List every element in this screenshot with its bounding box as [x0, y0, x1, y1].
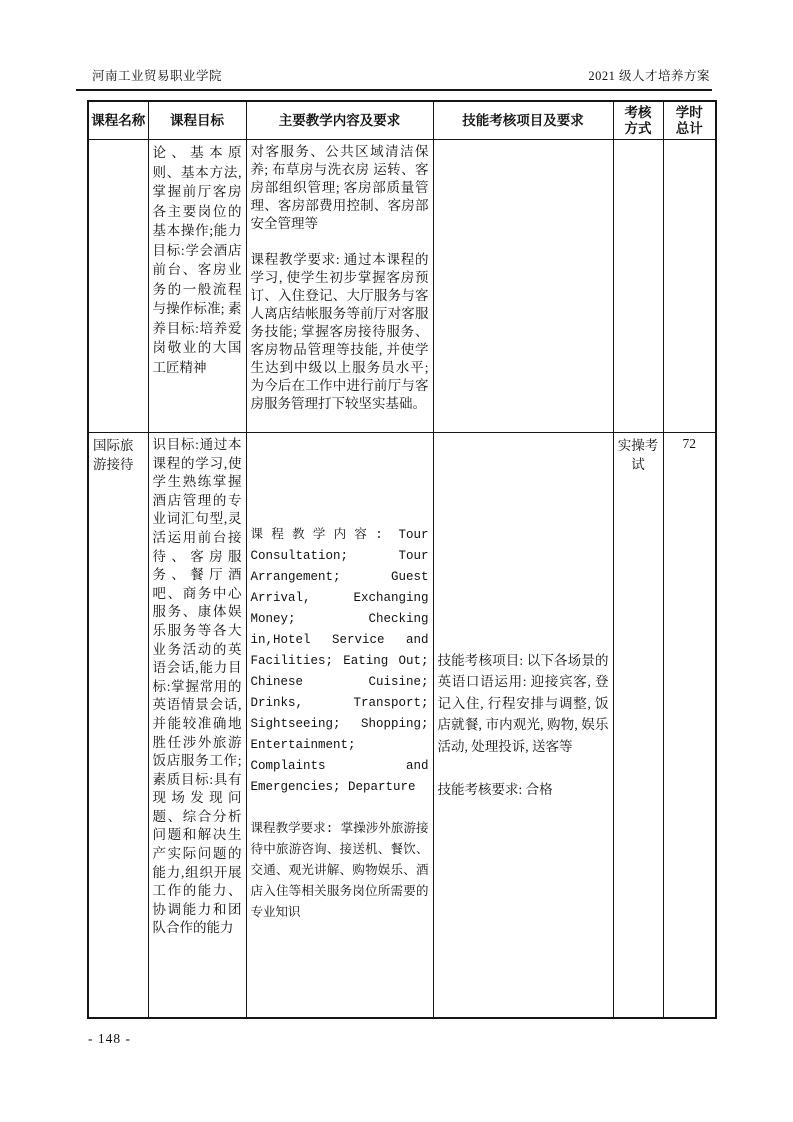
table-row: 论、基本原则、基本方法,掌握前厅客房各主要岗位的基本操作;能力目标:学会酒店前台… [88, 140, 716, 433]
col-header-content: 主要教学内容及要求 [246, 101, 433, 140]
cell-total-hours [663, 140, 716, 433]
cell-total-hours: 72 [663, 433, 716, 1018]
cell-teaching-content: 对客服务、公共区域清洁保养; 布草房与洗衣房 运转、客房部组织管理; 客房部质量… [246, 140, 433, 433]
header-plan-title: 2021 级人才培养方案 [588, 66, 710, 84]
course-table: 课程名称 课程目标 主要教学内容及要求 技能考核项目及要求 考核 方式 学时 总… [87, 100, 717, 1019]
cell-course-name: 国际旅游接待 [88, 433, 148, 1018]
col-header-skill-assessment: 技能考核项目及要求 [433, 101, 613, 140]
cell-skill-assessment [433, 140, 613, 433]
col-header-assessment-method: 考核 方式 [613, 101, 663, 140]
col-header-objectives: 课程目标 [148, 101, 246, 140]
cell-course-name [88, 140, 148, 433]
page-header: 河南工业贸易职业学院 2021 级人才培养方案 [76, 66, 712, 91]
header-school-name: 河南工业贸易职业学院 [92, 66, 222, 84]
col-header-course-name: 课程名称 [88, 101, 148, 140]
cell-teaching-content: 课程教学内容: Tour Consultation; Tour Arrangem… [246, 433, 433, 1018]
table-row: 国际旅游接待 识目标:通过本课程的学习,使学生熟练掌握酒店管理的专业词汇句型,灵… [88, 433, 716, 1018]
cell-skill-assessment: 技能考核项目: 以下各场景的英语口语运用: 迎接宾客, 登记入住, 行程安排与调… [433, 433, 613, 1018]
page-number: - 148 - [88, 1031, 131, 1047]
cell-course-objectives: 识目标:通过本课程的学习,使学生熟练掌握酒店管理的专业词汇句型,灵活运用前台接待… [148, 433, 246, 1018]
cell-assessment-method [613, 140, 663, 433]
document-page: 河南工业贸易职业学院 2021 级人才培养方案 课程名称 课程目标 主要教学内容… [0, 0, 793, 1122]
col-header-total-hours: 学时 总计 [663, 101, 716, 140]
cell-assessment-method: 实操考试 [613, 433, 663, 1018]
cell-course-objectives: 论、基本原则、基本方法,掌握前厅客房各主要岗位的基本操作;能力目标:学会酒店前台… [148, 140, 246, 433]
table-header-row: 课程名称 课程目标 主要教学内容及要求 技能考核项目及要求 考核 方式 学时 总… [88, 101, 716, 140]
